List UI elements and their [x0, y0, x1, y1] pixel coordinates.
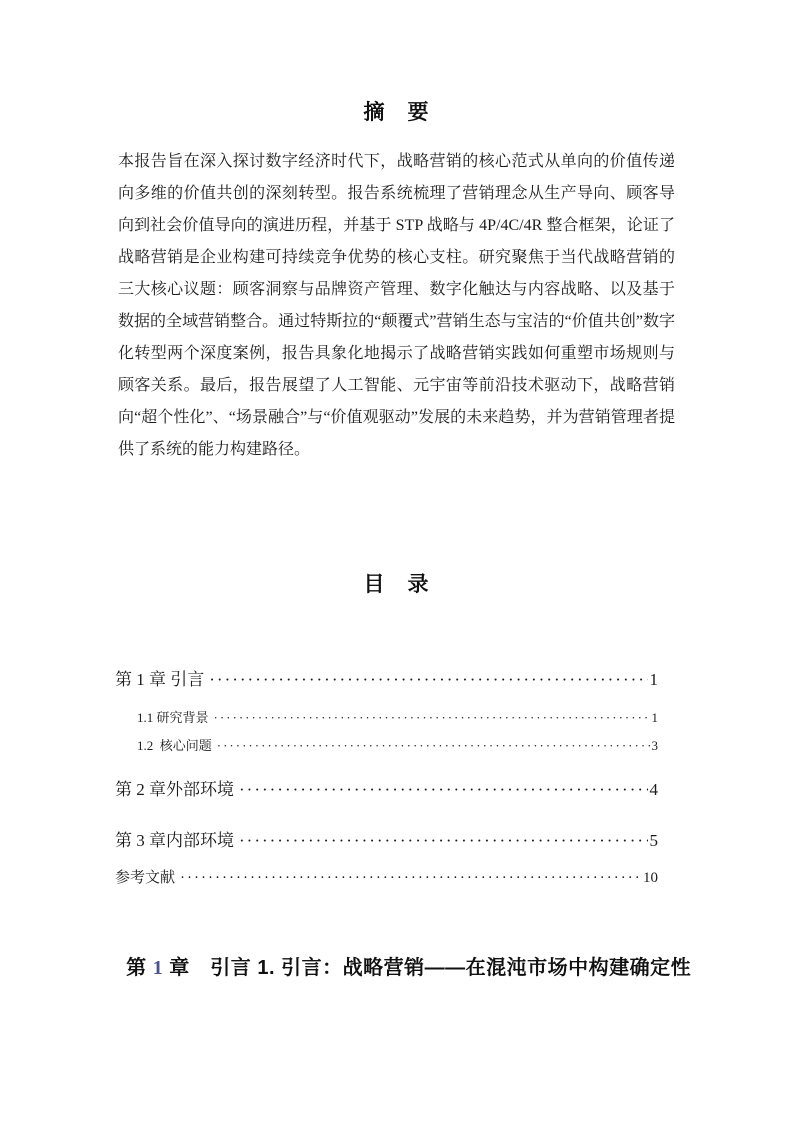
toc-page-number: 1: [652, 708, 659, 728]
toc-entry-chapter-1[interactable]: 第 1 章 引言 ·······························…: [115, 668, 658, 692]
toc-page-number: 4: [650, 778, 659, 802]
dot-leader: ········································…: [239, 829, 648, 853]
dot-leader: ········································…: [209, 668, 647, 692]
abstract-title: 摘 要: [0, 100, 793, 126]
toc-entry-chapter-2[interactable]: 第 2 章外部环境 ······························…: [115, 778, 658, 802]
toc-entry-label: 第 2 章外部环境: [115, 778, 234, 802]
chapter-number: 1: [153, 957, 164, 979]
toc-entry-label: 1.2 核心问题: [137, 736, 212, 756]
toc-entry-section-1-2[interactable]: 1.2 核心问题 ·······························…: [137, 736, 658, 756]
toc-page-number: 3: [652, 736, 659, 756]
toc-entry-label: 参考文献: [115, 867, 175, 889]
chapter-heading-prefix: 第: [126, 957, 153, 979]
toc-page-number: 10: [643, 867, 658, 889]
document-page: 摘 要 本报告旨在深入探讨数字经济时代下，战略营销的核心范式从单向的价值传递向多…: [0, 0, 793, 1122]
chapter-heading-text: 章 引言 1. 引言：战略营销——在混沌市场中构建确定性: [163, 957, 691, 979]
dot-leader: ········································…: [180, 867, 641, 889]
chapter-1-heading: 第 1 章 引言 1. 引言：战略营销——在混沌市场中构建确定性: [0, 926, 793, 1010]
dot-leader: ········································…: [239, 778, 648, 802]
toc-entry-label: 第 1 章 引言: [115, 668, 204, 692]
toc-entry-label: 1.1 研究背景: [137, 708, 209, 728]
toc-entry-label: 第 3 章内部环境: [115, 829, 234, 853]
dot-leader: ········································…: [214, 708, 650, 728]
toc-page-number: 5: [650, 829, 659, 853]
toc-entry-references[interactable]: 参考文献 ···································…: [115, 867, 658, 889]
toc-entry-chapter-3[interactable]: 第 3 章内部环境 ······························…: [115, 829, 658, 853]
toc-title: 目 录: [0, 572, 793, 598]
toc-page-number: 1: [650, 668, 659, 692]
toc-entry-section-1-1[interactable]: 1.1 研究背景 ·······························…: [137, 708, 658, 728]
dot-leader: ········································…: [217, 736, 650, 756]
abstract-paragraph: 本报告旨在深入探讨数字经济时代下，战略营销的核心范式从单向的价值传递向多维的价值…: [118, 146, 675, 466]
